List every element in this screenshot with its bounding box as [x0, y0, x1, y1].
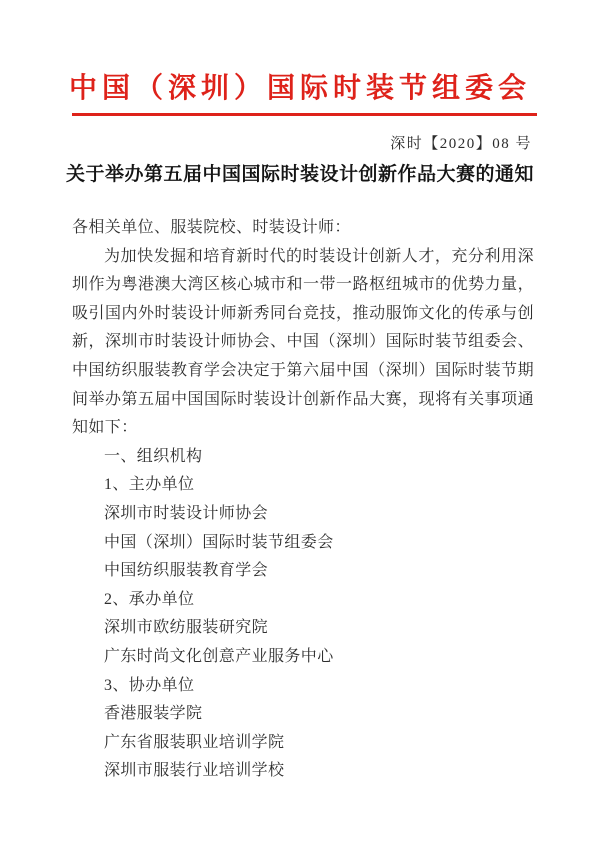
group-heading-host: 1、主办单位	[72, 471, 534, 500]
org-item: 深圳市欧纺服装研究院	[72, 614, 534, 643]
doc-number: 深时【2020】08 号	[0, 135, 600, 153]
org-item: 中国纺织服装教育学会	[72, 557, 534, 586]
section-heading-organization: 一、组织机构	[72, 443, 534, 472]
org-item: 广东省服装职业培训学院	[72, 729, 534, 758]
org-item: 中国（深圳）国际时装节组委会	[72, 529, 534, 558]
letterhead: 中国（深圳）国际时装节组委会 深时【2020】08 号	[0, 0, 600, 153]
org-item: 广东时尚文化创意产业服务中心	[72, 643, 534, 672]
notice-title: 关于举办第五届中国国际时装设计创新作品大赛的通知	[40, 162, 560, 188]
salutation-line: 各相关单位、服装院校、时装设计师：	[72, 214, 534, 243]
letterhead-red-divider	[72, 113, 537, 116]
org-item: 香港服装学院	[72, 700, 534, 729]
letterhead-org-name: 中国（深圳）国际时装节组委会	[0, 0, 600, 107]
group-heading-co-organizer: 3、协办单位	[72, 672, 534, 701]
org-item: 深圳市服装行业培训学校	[72, 757, 534, 786]
document-page: 中国（深圳）国际时装节组委会 深时【2020】08 号 关于举办第五届中国国际时…	[0, 0, 600, 848]
intro-paragraph: 为加快发掘和培育新时代的时装设计创新人才，充分利用深圳作为粤港澳大湾区核心城市和…	[72, 243, 534, 443]
org-item: 深圳市时装设计师协会	[72, 500, 534, 529]
group-heading-organizer: 2、承办单位	[72, 586, 534, 615]
notice-body: 各相关单位、服装院校、时装设计师： 为加快发掘和培育新时代的时装设计创新人才，充…	[72, 214, 534, 786]
